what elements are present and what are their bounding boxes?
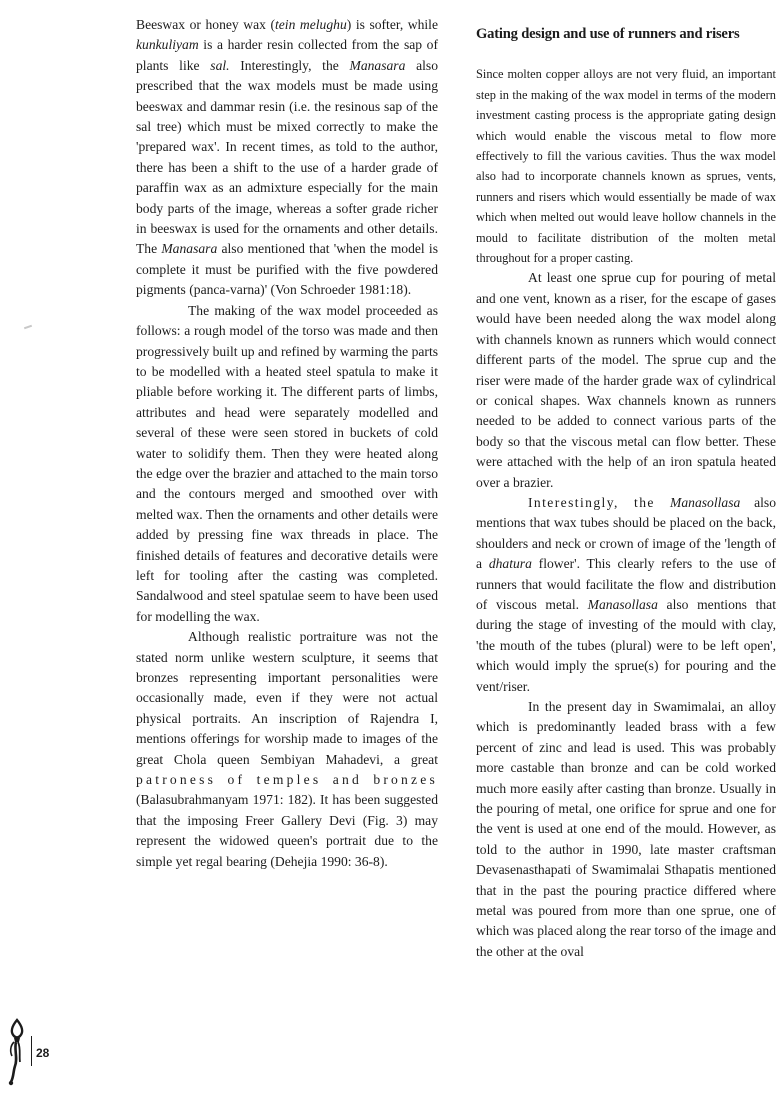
page-number-rule <box>31 1036 32 1066</box>
right-paragraph-1: Since molten copper alloys are not very … <box>476 64 776 268</box>
italic-term: sal. <box>210 58 229 73</box>
text-run: The making of the wax model proceeded as… <box>136 303 438 624</box>
text-run: At least one sprue cup for pouring of me… <box>476 270 776 489</box>
text-run: ) is softer, while <box>347 17 438 32</box>
left-paragraph-1: Beeswax or honey wax (tein melughu) is s… <box>136 15 438 301</box>
page-footer: 28 <box>4 1018 74 1098</box>
text-run: In the present day in Swamimalai, an all… <box>476 699 776 959</box>
text-run: (Balasubrahmanyam 1971: 182). It has bee… <box>136 792 438 868</box>
text-run: Although realistic portraiture was not t… <box>136 629 438 766</box>
right-paragraph-3: Interestingly, the Manasollasa also ment… <box>476 493 776 697</box>
left-column: Beeswax or honey wax (tein melughu) is s… <box>136 15 438 872</box>
text-run: Interestingly, the <box>528 495 670 510</box>
italic-term: kunkuliyam <box>136 37 199 52</box>
right-paragraph-4: In the present day in Swamimalai, an all… <box>476 697 776 962</box>
page-number: 28 <box>36 1046 49 1060</box>
left-paragraph-3: Although realistic portraiture was not t… <box>136 627 438 872</box>
right-column: Gating design and use of runners and ris… <box>476 15 776 962</box>
italic-term: Manasollasa <box>588 597 658 612</box>
text-run: also prescribed that the wax models must… <box>136 58 438 257</box>
text-run: patroness of temples and bronzes <box>136 772 438 787</box>
italic-term: Manasollasa <box>670 495 740 510</box>
italic-term: dhatura <box>489 556 532 571</box>
section-heading: Gating design and use of runners and ris… <box>476 24 776 44</box>
italic-term: Manasara <box>350 58 406 73</box>
right-paragraph-2: At least one sprue cup for pouring of me… <box>476 268 776 492</box>
dancing-figure-logo-icon <box>4 1018 30 1088</box>
text-run: Since molten copper alloys are not very … <box>476 67 776 265</box>
italic-term: Manasara <box>161 241 217 256</box>
text-run: Beeswax or honey wax ( <box>136 17 275 32</box>
left-paragraph-2: The making of the wax model proceeded as… <box>136 301 438 628</box>
margin-scan-mark <box>24 325 32 330</box>
text-run: Interestingly, the <box>230 58 350 73</box>
italic-term: tein melughu <box>275 17 347 32</box>
